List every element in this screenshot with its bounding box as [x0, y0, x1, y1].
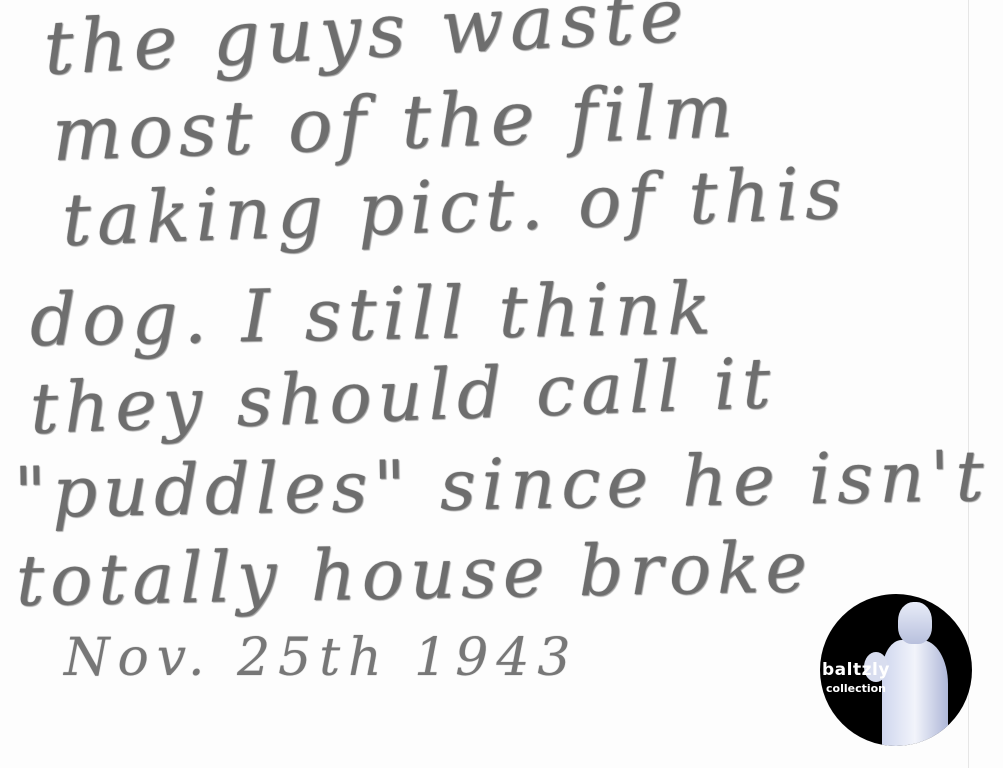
collection-logo: baltzly collection — [820, 594, 972, 746]
handwritten-line-6: "puddles" since he isn't — [13, 435, 990, 534]
handwritten-line-7: totally house broke — [15, 526, 813, 622]
figure-head-icon — [898, 602, 932, 644]
logo-title: baltzly — [822, 660, 890, 680]
scanned-note: the guys waste most of the film taking p… — [0, 0, 1003, 768]
figure-silhouette-icon — [882, 640, 948, 746]
handwritten-date: Nov. 25th 1943 — [64, 628, 579, 688]
logo-subtitle: collection — [826, 682, 886, 695]
